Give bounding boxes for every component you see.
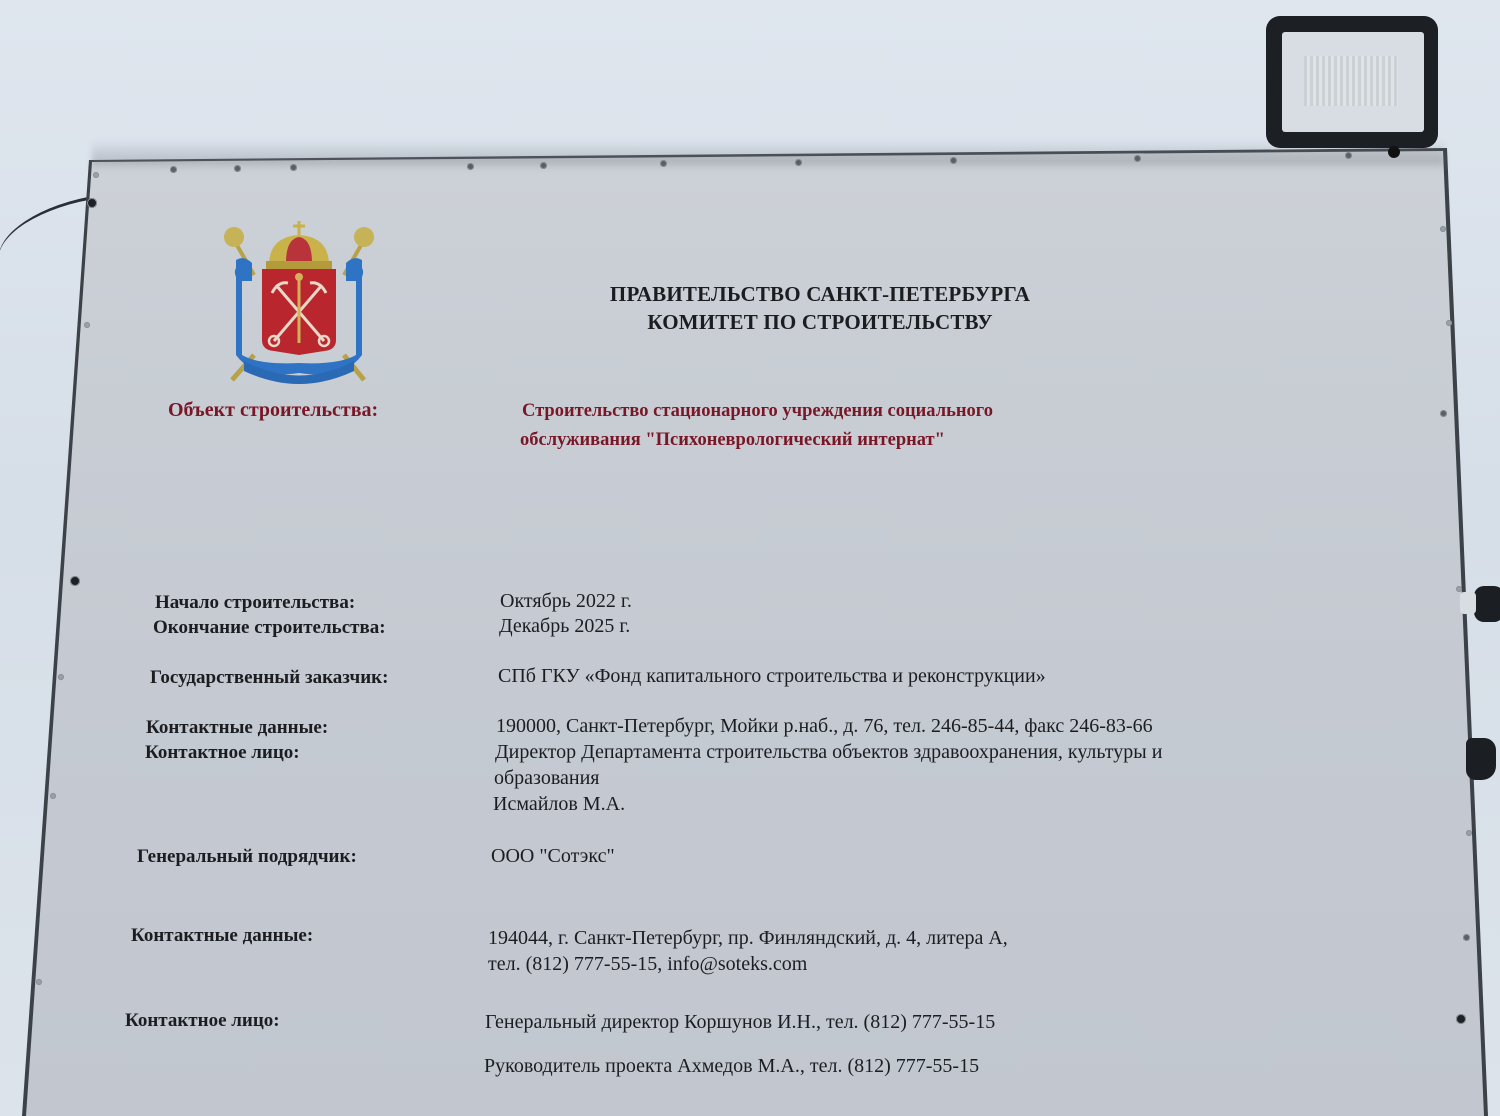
- bolt: [1134, 155, 1141, 162]
- floodlight-leds: [1304, 56, 1398, 106]
- customer-value: СПб ГКУ «Фонд капитального строительства…: [498, 665, 1046, 688]
- contractor-person-line1: Генеральный директор Коршунов И.Н., тел.…: [485, 1011, 995, 1034]
- bolt: [467, 163, 474, 170]
- bolt: [795, 159, 802, 166]
- floodlight-mount: [1388, 146, 1400, 158]
- bolt: [1463, 934, 1470, 941]
- contractor-value: ООО "Сотэкс": [491, 845, 615, 868]
- floodlight: [1266, 16, 1438, 148]
- start-value: Октябрь 2022 г.: [500, 590, 632, 613]
- bolt: [290, 164, 297, 171]
- bolt: [1440, 226, 1446, 232]
- bolt: [540, 162, 547, 169]
- bolt: [950, 157, 957, 164]
- security-camera-icon: [1466, 738, 1496, 780]
- bolt: [660, 160, 667, 167]
- sign-title-government: ПРАВИТЕЛЬСТВО САНКТ-ПЕТЕРБУРГА: [520, 282, 1120, 306]
- bolt: [58, 674, 64, 680]
- object-value-line1: Строительство стационарного учреждения с…: [522, 398, 993, 426]
- start-label: Начало строительства:: [155, 592, 355, 614]
- customer-person-line2: образования: [494, 767, 600, 790]
- coat-of-arms-icon: [214, 215, 384, 385]
- bolt: [70, 576, 80, 586]
- security-camera-icon: [1474, 586, 1500, 622]
- object-label: Объект строительства:: [168, 399, 378, 422]
- end-value: Декабрь 2025 г.: [499, 615, 630, 638]
- contractor-contacts-line1: 194044, г. Санкт-Петербург, пр. Финляндс…: [488, 927, 1008, 950]
- contractor-contacts-label: Контактные данные:: [131, 925, 313, 947]
- bolt: [36, 979, 42, 985]
- bolt: [1456, 1014, 1466, 1024]
- bolt: [84, 322, 90, 328]
- contractor-person-line2: Руководитель проекта Ахмедов М.А., тел. …: [484, 1055, 979, 1078]
- customer-person-line1: Директор Департамента строительства объе…: [495, 741, 1162, 764]
- bolt: [50, 793, 56, 799]
- bolt: [1345, 152, 1352, 159]
- bolt: [87, 198, 97, 208]
- bolt: [1440, 410, 1447, 417]
- customer-label: Государственный заказчик:: [150, 667, 388, 689]
- customer-contacts-value: 190000, Санкт-Петербург, Мойки р.наб., д…: [496, 715, 1153, 738]
- bolt: [1456, 586, 1462, 592]
- bolt: [234, 165, 241, 172]
- object-value-line2: обслуживания "Психоневрологический интер…: [520, 427, 945, 455]
- sign-title-committee: КОМИТЕТ ПО СТРОИТЕЛЬСТВУ: [520, 310, 1120, 334]
- customer-contacts-label: Контактные данные:: [146, 717, 328, 739]
- bolt: [1466, 830, 1472, 836]
- bolt: [170, 166, 177, 173]
- customer-person-line3: Исмайлов М.А.: [493, 793, 625, 816]
- customer-person-label: Контактное лицо:: [145, 742, 300, 764]
- bolt: [93, 172, 99, 178]
- contractor-label: Генеральный подрядчик:: [137, 846, 357, 868]
- contractor-contacts-line2: тел. (812) 777-55-15, info@soteks.com: [488, 953, 807, 976]
- end-label: Окончание строительства:: [153, 617, 386, 639]
- contractor-person-label: Контактное лицо:: [125, 1010, 280, 1032]
- bolt: [1446, 320, 1452, 326]
